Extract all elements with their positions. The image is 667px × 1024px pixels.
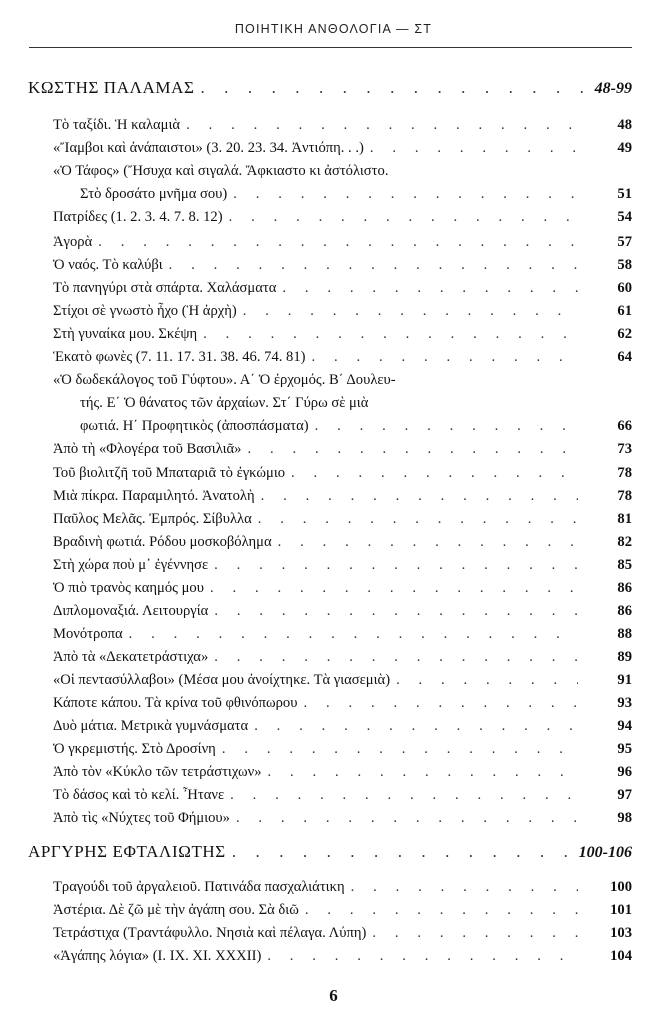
- toc-entry[interactable]: «Ἴαμβοι καὶ ἀνάπαιστοι» (3. 20. 23. 34. …: [53, 140, 632, 157]
- running-head: ΠΟΙΗΤΙΚΗ ΑΝΘΟΛΟΓΙΑ — ΣΤ: [0, 22, 667, 36]
- entry-title: Στὴ χώρα ποὺ μ᾿ ἐγέννησε: [53, 557, 208, 574]
- entry-title-continued: Στὸ δροσάτο μνῆμα σου): [80, 186, 227, 203]
- page-number: 103: [592, 925, 632, 942]
- toc-entry[interactable]: Τὸ ταξίδι. Ἡ καλαμιὰ. . . . . . . . . . …: [53, 117, 632, 134]
- toc-section-heading[interactable]: ΚΩΣΤΗΣ ΠΑΛΑΜΑΣ . . . . . . . . . . . . .…: [28, 78, 632, 98]
- toc-entry[interactable]: φωτιά. Η΄ Προφητικὸς (ἀποσπάσματα). . . …: [80, 418, 632, 435]
- toc-entry[interactable]: «Οἱ πεντασύλλαβοι» (Μέσα μου ἀνοίχτηκε. …: [53, 672, 632, 689]
- page-number-footer: 6: [0, 986, 667, 1006]
- dot-leader: . . . . . . . . . . . . . . . . . . . . …: [214, 649, 578, 666]
- dot-leader: . . . . . . . . . . . . . . . . . . . . …: [186, 117, 578, 134]
- toc-entry[interactable]: Ἑκατὸ φωνὲς (7. 11. 17. 31. 38. 46. 74. …: [53, 349, 632, 366]
- toc-entry[interactable]: Στίχοι σὲ γνωστὸ ἦχο (Ἡ ἀρχὴ). . . . . .…: [53, 303, 632, 320]
- page-number: 98: [592, 810, 632, 827]
- page-number: 86: [592, 580, 632, 597]
- entry-title: Τὸ ταξίδι. Ἡ καλαμιὰ: [53, 117, 180, 134]
- entry-title: Τετράστιχα (Τραντάφυλλο. Νησιὰ καὶ πέλαγ…: [53, 925, 366, 942]
- entry-title: Ἀπὸ τὸν «Κύκλο τῶν τετράστιχων»: [53, 764, 262, 781]
- toc-entry[interactable]: Μονότροπα. . . . . . . . . . . . . . . .…: [53, 626, 632, 643]
- page-number: 78: [592, 465, 632, 482]
- page-number: 66: [592, 418, 632, 435]
- toc-entry[interactable]: Ὁ ναός. Τὸ καλύβι. . . . . . . . . . . .…: [53, 257, 632, 274]
- entry-title: Δυὸ μάτια. Μετρικὰ γυμνάσματα: [53, 718, 248, 735]
- page-number: 91: [592, 672, 632, 689]
- dot-leader: . . . . . . . . . . . . . . . . . . . . …: [236, 810, 578, 827]
- page-number: 51: [592, 186, 632, 203]
- entry-title-continued[interactable]: τής. Ε΄ Ὁ θάνατος τῶν ἀρχαίων. Στ΄ Γύρω …: [80, 395, 632, 412]
- page-number: 73: [592, 441, 632, 458]
- entry-title[interactable]: «Ὁ δωδεκάλογος τοῦ Γύφτου». Α΄ Ὁ ἐρχομός…: [53, 372, 632, 389]
- entry-title: Ἀπὸ τὴ «Φλογέρα τοῦ Βασιλιᾶ»: [53, 441, 241, 458]
- dot-leader: . . . . . . . . . . . . . . . . . . . . …: [258, 511, 578, 528]
- page-number: 61: [592, 303, 632, 320]
- dot-leader: . . . . . . . . . . . . . . . . . . . . …: [268, 764, 578, 781]
- dot-leader: . . . . . . . . . . . . . . . . . . . . …: [315, 418, 578, 435]
- page-number: 88: [592, 626, 632, 643]
- toc-entry[interactable]: Ἀπὸ τὰ «Δεκατετράστιχα». . . . . . . . .…: [53, 649, 632, 666]
- entry-title: Ἀστέρια. Δὲ ζῶ μὲ τὴν ἀγάπη σου. Σὰ διῶ: [53, 902, 299, 919]
- entry-title: Ἀγορὰ: [53, 234, 92, 251]
- page-number: 60: [592, 280, 632, 297]
- page-number: 89: [592, 649, 632, 666]
- dot-leader: . . . . . . . . . . . . . . . . . . . . …: [247, 441, 578, 458]
- entry-title: Ὁ ναός. Τὸ καλύβι: [53, 257, 163, 274]
- toc-entry[interactable]: Τὸ δάσος καὶ τὸ κελί. Ἦτανε. . . . . . .…: [53, 787, 632, 804]
- toc-entry[interactable]: Ὁ πιὸ τρανὸς καημός μου. . . . . . . . .…: [53, 580, 632, 597]
- toc-entry[interactable]: Ἀγορὰ. . . . . . . . . . . . . . . . . .…: [53, 234, 632, 251]
- dot-leader: . . . . . . . . . . . . . . . . . . . . …: [98, 234, 578, 251]
- toc-entry[interactable]: Τραγούδι τοῦ ἀργαλειοῦ. Πατινάδα πασχαλι…: [53, 879, 632, 896]
- dot-leader: . . . . . . . . . . . . . . . . . . . . …: [233, 186, 578, 203]
- entry-title: Τραγούδι τοῦ ἀργαλειοῦ. Πατινάδα πασχαλι…: [53, 879, 345, 896]
- page-number: 94: [592, 718, 632, 735]
- dot-leader: . . . . . . . . . . . . . . . . . . . . …: [396, 672, 578, 689]
- toc-entry[interactable]: Ἀστέρια. Δὲ ζῶ μὲ τὴν ἀγάπη σου. Σὰ διῶ.…: [53, 902, 632, 919]
- page-number: 97: [592, 787, 632, 804]
- page-range: 48-99: [595, 80, 632, 98]
- toc-entry[interactable]: Στὴ γυναίκα μου. Σκέψη. . . . . . . . . …: [53, 326, 632, 343]
- entry-title: Κάποτε κάπου. Τὰ κρίνα τοῦ φθινόπωρου: [53, 695, 297, 712]
- toc-entry[interactable]: Τετράστιχα (Τραντάφυλλο. Νησιὰ καὶ πέλαγ…: [53, 925, 632, 942]
- dot-leader: . . . . . . . . . . . . . . . . . . . . …: [200, 78, 584, 98]
- dot-leader: . . . . . . . . . . . . . . . . . . . . …: [230, 787, 578, 804]
- toc-entry[interactable]: Κάποτε κάπου. Τὰ κρίνα τοῦ φθινόπωρου. .…: [53, 695, 632, 712]
- dot-leader: . . . . . . . . . . . . . . . . . . . . …: [291, 465, 578, 482]
- entry-title: Ἀπὸ τὶς «Νύχτες τοῦ Φήμιου»: [53, 810, 230, 827]
- toc-entry[interactable]: Δυὸ μάτια. Μετρικὰ γυμνάσματα. . . . . .…: [53, 718, 632, 735]
- entry-title: «Οἱ πεντασύλλαβοι» (Μέσα μου ἀνοίχτηκε. …: [53, 672, 390, 689]
- author-name: ΑΡΓΥΡΗΣ ΕΦΤΑΛΙΩΤΗΣ: [28, 842, 226, 862]
- page-number: 104: [592, 948, 632, 965]
- page-number: 86: [592, 603, 632, 620]
- page-number: 62: [592, 326, 632, 343]
- entry-title: Διπλομοναξιά. Λειτουργία: [53, 603, 208, 620]
- dot-leader: . . . . . . . . . . . . . . . . . . . . …: [303, 695, 578, 712]
- entry-title: Ὁ πιὸ τρανὸς καημός μου: [53, 580, 204, 597]
- entry-title: Τὸ πανηγύρι στὰ σπάρτα. Χαλάσματα: [53, 280, 276, 297]
- dot-leader: . . . . . . . . . . . . . . . . . . . . …: [169, 257, 578, 274]
- entry-title: Ἀπὸ τὰ «Δεκατετράστιχα»: [53, 649, 208, 666]
- dot-leader: . . . . . . . . . . . . . . . . . . . . …: [351, 879, 578, 896]
- dot-leader: . . . . . . . . . . . . . . . . . . . . …: [243, 303, 578, 320]
- toc-entry[interactable]: Ἀπὸ τὸν «Κύκλο τῶν τετράστιχων». . . . .…: [53, 764, 632, 781]
- entry-title: Τὸ δάσος καὶ τὸ κελί. Ἦτανε: [53, 787, 224, 804]
- toc-entry[interactable]: Ὁ γκρεμιστής. Στὸ Δροσίνη. . . . . . . .…: [53, 741, 632, 758]
- entry-title: Τοῦ βιολιτζῆ τοῦ Μπαταριᾶ τὸ ἐγκώμιο: [53, 465, 285, 482]
- dot-leader: . . . . . . . . . . . . . . . . . . . . …: [261, 488, 578, 505]
- dot-leader: . . . . . . . . . . . . . . . . . . . . …: [312, 349, 579, 366]
- entry-title: Ὁ γκρεμιστής. Στὸ Δροσίνη: [53, 741, 216, 758]
- toc-entry[interactable]: Ἀπὸ τὶς «Νύχτες τοῦ Φήμιου». . . . . . .…: [53, 810, 632, 827]
- dot-leader: . . . . . . . . . . . . . . . . . . . . …: [129, 626, 578, 643]
- entry-title-continued: φωτιά. Η΄ Προφητικὸς (ἀποσπάσματα): [80, 418, 309, 435]
- page-range: 100-106: [579, 844, 632, 862]
- entry-title: Μιὰ πίκρα. Παραμιλητό. Ἀνατολὴ: [53, 488, 255, 505]
- dot-leader: . . . . . . . . . . . . . . . . . . . . …: [214, 557, 578, 574]
- page-number: 81: [592, 511, 632, 528]
- dot-leader: . . . . . . . . . . . . . . . . . . . . …: [222, 741, 578, 758]
- page-number: 58: [592, 257, 632, 274]
- page-number: 82: [592, 534, 632, 551]
- dot-leader: . . . . . . . . . . . . . . . . . . . . …: [370, 140, 578, 157]
- entry-title: Βραδινὴ φωτιά. Ρόδου μοσκοβόλημα: [53, 534, 272, 551]
- toc-entry[interactable]: Παῦλος Μελᾶς. Ἐμπρός. Σίβυλλα. . . . . .…: [53, 511, 632, 528]
- entry-title: Παῦλος Μελᾶς. Ἐμπρός. Σίβυλλα: [53, 511, 252, 528]
- dot-leader: . . . . . . . . . . . . . . . . . . . . …: [282, 280, 578, 297]
- author-name: ΚΩΣΤΗΣ ΠΑΛΑΜΑΣ: [28, 78, 194, 98]
- dot-leader: . . . . . . . . . . . . . . . . . . . . …: [372, 925, 578, 942]
- toc-entry[interactable]: Πατρίδες (1. 2. 3. 4. 7. 8. 12). . . . .…: [53, 209, 632, 226]
- page-number: 78: [592, 488, 632, 505]
- dot-leader: . . . . . . . . . . . . . . . . . . . . …: [267, 948, 578, 965]
- dot-leader: . . . . . . . . . . . . . . . . . . . . …: [203, 326, 578, 343]
- entry-title: «Ἀγάπης λόγια» (I. IX. XI. XXXII): [53, 948, 261, 965]
- entry-title: Στὴ γυναίκα μου. Σκέψη: [53, 326, 197, 343]
- page-number: 54: [592, 209, 632, 226]
- page-number: 95: [592, 741, 632, 758]
- toc-entry[interactable]: Τοῦ βιολιτζῆ τοῦ Μπαταριᾶ τὸ ἐγκώμιο. . …: [53, 465, 632, 482]
- dot-leader: . . . . . . . . . . . . . . . . . . . . …: [229, 209, 578, 226]
- dot-leader: . . . . . . . . . . . . . . . . . . . . …: [254, 718, 578, 735]
- dot-leader: . . . . . . . . . . . . . . . . . . . . …: [214, 603, 578, 620]
- page-number: 49: [592, 140, 632, 157]
- dot-leader: . . . . . . . . . . . . . . . . . . . . …: [232, 842, 569, 862]
- toc-entry[interactable]: Μιὰ πίκρα. Παραμιλητό. Ἀνατολὴ. . . . . …: [53, 488, 632, 505]
- entry-title: Πατρίδες (1. 2. 3. 4. 7. 8. 12): [53, 209, 223, 226]
- entry-title: Στίχοι σὲ γνωστὸ ἦχο (Ἡ ἀρχὴ): [53, 303, 237, 320]
- page-number: 93: [592, 695, 632, 712]
- page-number: 57: [592, 234, 632, 251]
- page-number: 85: [592, 557, 632, 574]
- entry-title: «Ἴαμβοι καὶ ἀνάπαιστοι» (3. 20. 23. 34. …: [53, 140, 364, 157]
- toc-entry[interactable]: Στὸ δροσάτο μνῆμα σου). . . . . . . . . …: [80, 186, 632, 203]
- entry-title: Ἑκατὸ φωνὲς (7. 11. 17. 31. 38. 46. 74. …: [53, 349, 306, 366]
- entry-title: Μονότροπα: [53, 626, 123, 643]
- page-number: 64: [592, 349, 632, 366]
- toc-entry[interactable]: Ἀπὸ τὴ «Φλογέρα τοῦ Βασιλιᾶ». . . . . . …: [53, 441, 632, 458]
- toc-entry[interactable]: Στὴ χώρα ποὺ μ᾿ ἐγέννησε. . . . . . . . …: [53, 557, 632, 574]
- dot-leader: . . . . . . . . . . . . . . . . . . . . …: [278, 534, 578, 551]
- page-number: 96: [592, 764, 632, 781]
- toc-section-heading[interactable]: ΑΡΓΥΡΗΣ ΕΦΤΑΛΙΩΤΗΣ . . . . . . . . . . .…: [28, 842, 632, 862]
- page-number: 48: [592, 117, 632, 134]
- dot-leader: . . . . . . . . . . . . . . . . . . . . …: [305, 902, 578, 919]
- toc-entry[interactable]: «Ἀγάπης λόγια» (I. IX. XI. XXXII). . . .…: [53, 948, 632, 965]
- page-number: 100: [592, 879, 632, 896]
- page-number: 101: [592, 902, 632, 919]
- toc-entry[interactable]: Τὸ πανηγύρι στὰ σπάρτα. Χαλάσματα. . . .…: [53, 280, 632, 297]
- entry-title[interactable]: «Ὁ Τάφος» (Ἤσυχα καὶ σιγαλά. Ἄφκιαστο κι…: [53, 163, 632, 180]
- dot-leader: . . . . . . . . . . . . . . . . . . . . …: [210, 580, 578, 597]
- toc-entry[interactable]: Βραδινὴ φωτιά. Ρόδου μοσκοβόλημα. . . . …: [53, 534, 632, 551]
- header-rule: [29, 47, 632, 48]
- toc-entry[interactable]: Διπλομοναξιά. Λειτουργία. . . . . . . . …: [53, 603, 632, 620]
